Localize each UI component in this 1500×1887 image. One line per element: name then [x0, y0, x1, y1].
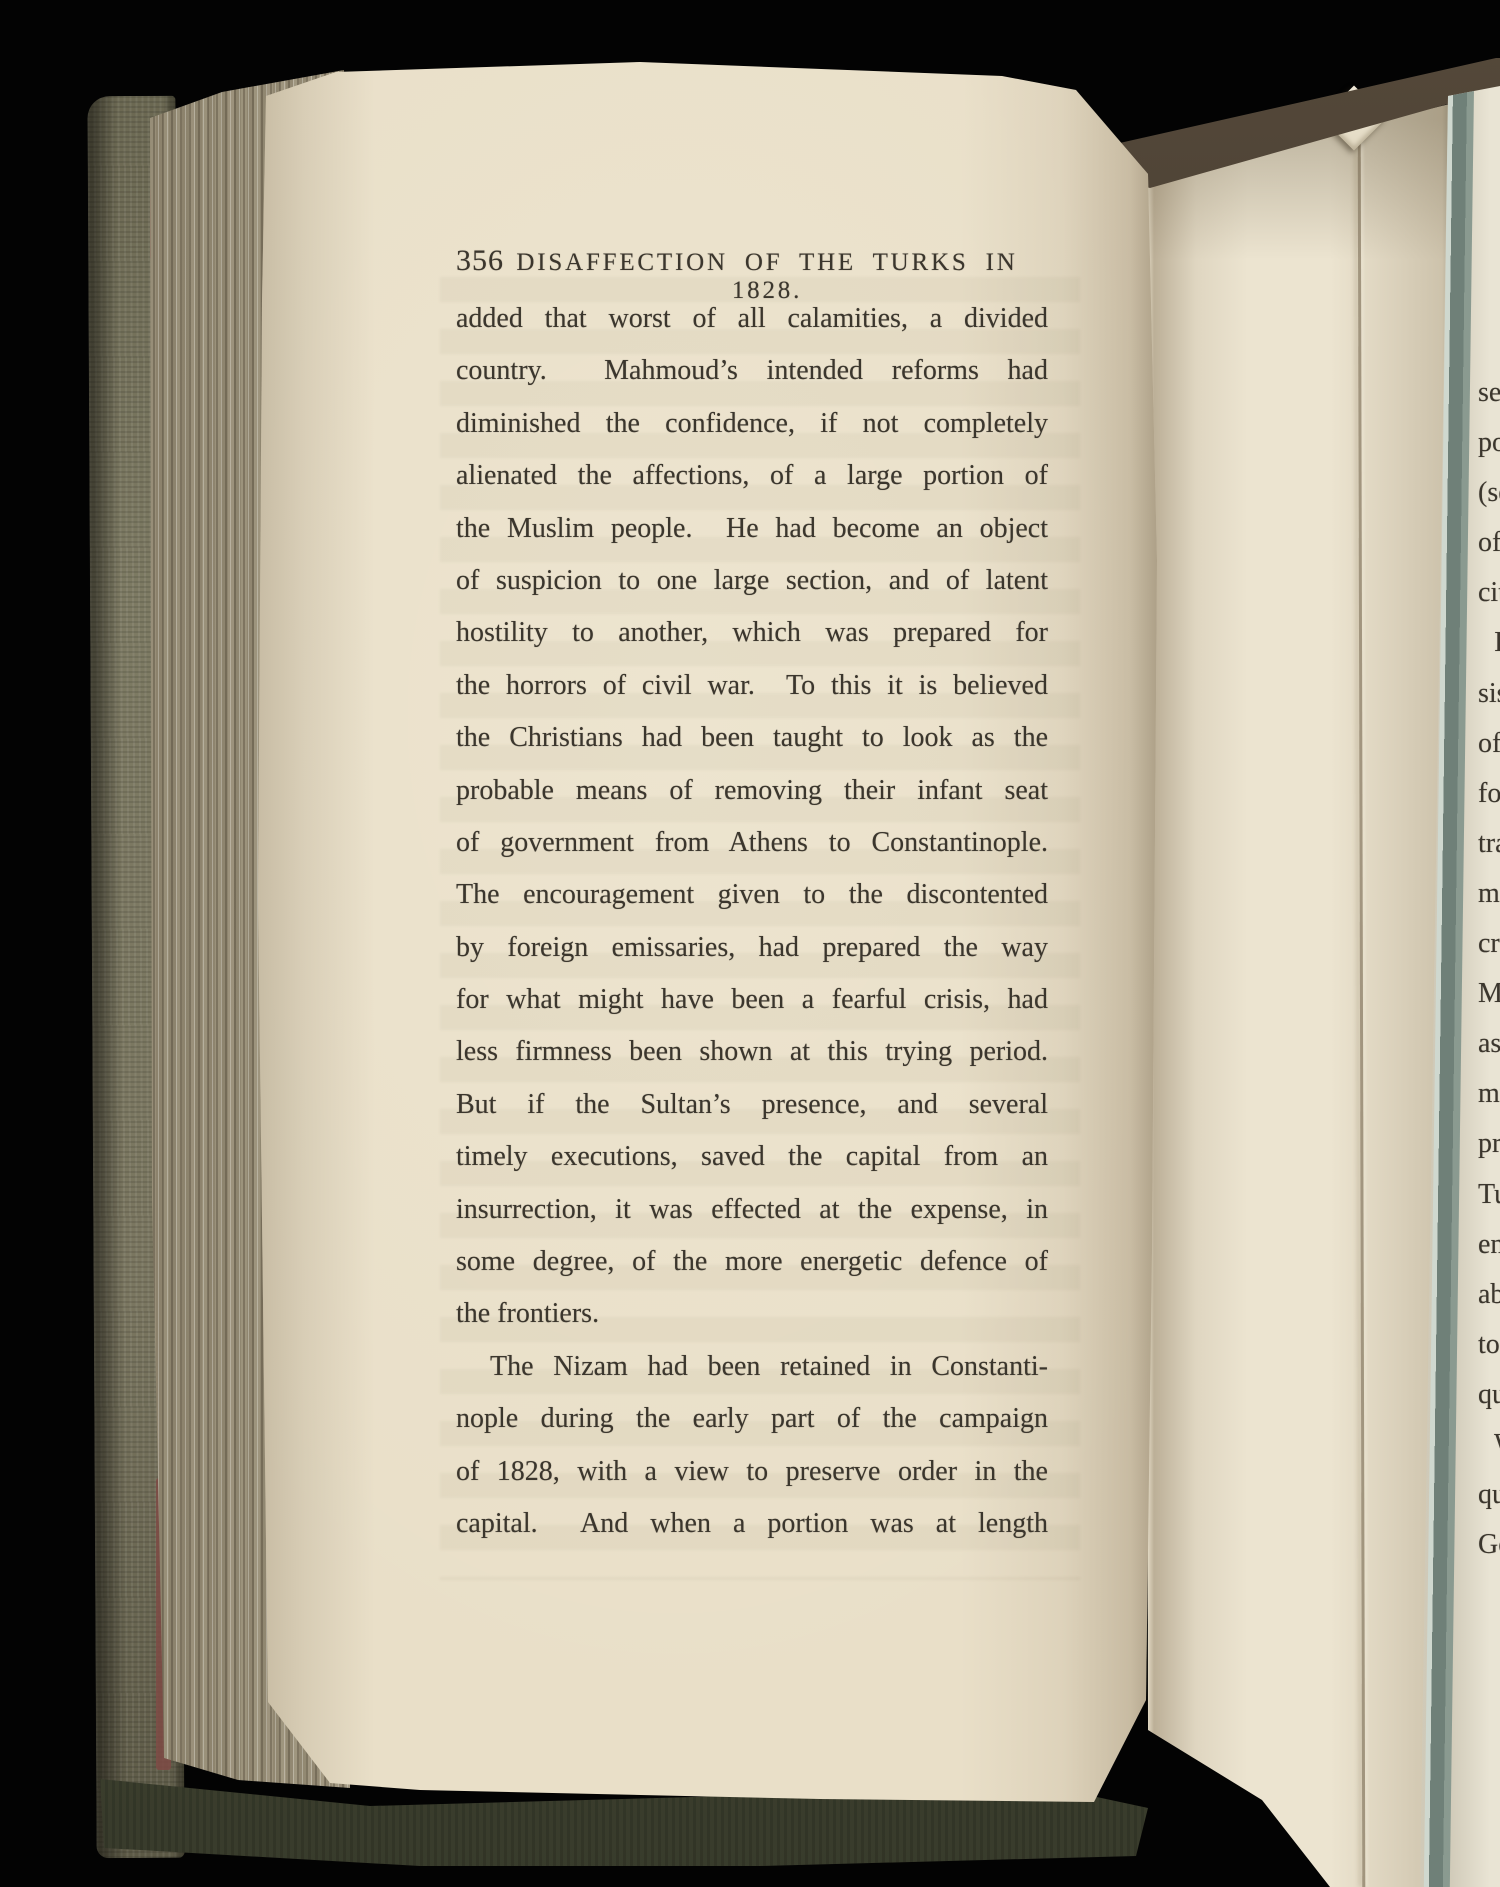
body-text-line: The encouragement given to the disconten… — [456, 869, 1048, 921]
facing-page-text-fragment: muc — [1478, 1069, 1500, 1119]
facing-page-text-fragment: asse — [1478, 1019, 1500, 1069]
facing-page-text-fragment: of a — [1478, 719, 1500, 769]
facing-page-text-fragment: Gold — [1478, 1520, 1500, 1570]
body-text-line: by foreign emissaries, had prepared the … — [456, 922, 1048, 974]
body-text-line: The Nizam had been retained in Constanti… — [456, 1341, 1048, 1393]
facing-page-text-fragment: cred — [1478, 919, 1500, 969]
book-scan-photo: sentpose(seeof scityIfsisteof aforctradm… — [0, 0, 1500, 1887]
body-text-line: of suspicion to one large section, and o… — [456, 555, 1048, 607]
facing-page-text-fragment: enth — [1478, 1220, 1500, 1270]
body-text-line: hostility to another, which was prepared… — [456, 607, 1048, 659]
body-text-line: the Muslim people. He had become an obje… — [456, 503, 1048, 555]
facing-page-text-fragment: prov — [1478, 1119, 1500, 1169]
facing-page-text-fragment: pose — [1478, 418, 1500, 468]
body-text-line: the frontiers. — [456, 1288, 1048, 1340]
facing-page-text-fragment: forc — [1478, 769, 1500, 819]
body-text-line: But if the Sultan’s presence, and severa… — [456, 1079, 1048, 1131]
body-text-line: of 1828, with a view to preserve order i… — [456, 1446, 1048, 1498]
body-text: added that worst of all calamities, a di… — [456, 293, 1048, 1550]
facing-page-text-fragment: W — [1478, 1420, 1500, 1470]
body-text-line: insurrection, it was effected at the exp… — [456, 1184, 1048, 1236]
facing-page-text-fragment: of s — [1478, 518, 1500, 568]
facing-page-text-fragment: city — [1478, 568, 1500, 618]
facing-page-text-fragment: able — [1478, 1270, 1500, 1320]
facing-page-text-fragments: sentpose(seeof scityIfsisteof aforctradm… — [1478, 368, 1500, 1570]
body-text-line: diminished the confidence, if not comple… — [456, 398, 1048, 450]
body-text-line: capital. And when a portion was at lengt… — [456, 1498, 1048, 1550]
body-text-line: added that worst of all calamities, a di… — [456, 293, 1048, 345]
body-text-line: the Christians had been taught to look a… — [456, 712, 1048, 764]
body-text-line: less firmness been shown at this trying … — [456, 1026, 1048, 1078]
body-text-line: probable means of removing their infant … — [456, 765, 1048, 817]
body-text-line: nople during the early part of the campa… — [456, 1393, 1048, 1445]
facing-page-text-fragment: ques — [1478, 1470, 1500, 1520]
facing-page-text-fragment: If — [1478, 618, 1500, 668]
facing-page-text-fragment: Turk — [1478, 1170, 1500, 1220]
body-text-line: some degree, of the more energetic defen… — [456, 1236, 1048, 1288]
page-number: 356 — [456, 244, 504, 278]
facing-page-text-fragment: siste — [1478, 669, 1500, 719]
body-text-line: the horrors of civil war. To this it is … — [456, 660, 1048, 712]
body-text-line: of government from Athens to Constantino… — [456, 817, 1048, 869]
body-text-line: alienated the affections, of a large por… — [456, 450, 1048, 502]
facing-page-text-fragment: to th — [1478, 1320, 1500, 1370]
facing-page-text-fragment: (see — [1478, 468, 1500, 518]
body-text-line: country. Mahmoud’s intended reforms had — [456, 345, 1048, 397]
facing-page-text-fragment: Mar — [1478, 969, 1500, 1019]
facing-page-text-fragment: sent — [1478, 368, 1500, 418]
facing-page-text-fragment: quer — [1478, 1370, 1500, 1420]
body-text-line: timely executions, saved the capital fro… — [456, 1131, 1048, 1183]
body-text-line: for what might have been a fearful crisi… — [456, 974, 1048, 1026]
facing-page-text-fragment: men — [1478, 869, 1500, 919]
facing-page-text-fragment: trad — [1478, 819, 1500, 869]
